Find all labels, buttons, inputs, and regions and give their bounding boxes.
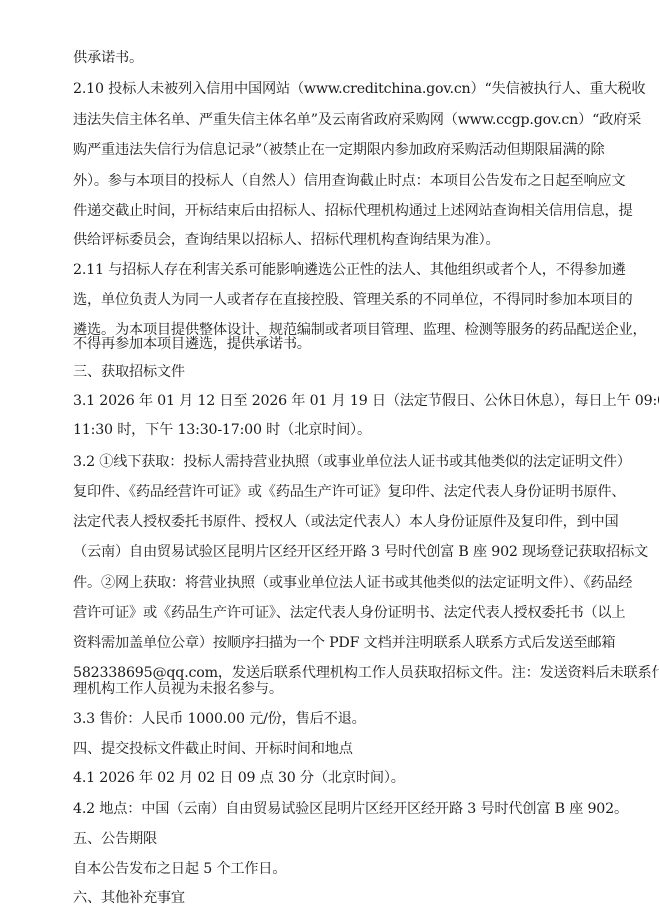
text-line: （云南）自由贸易试验区昆明片区经开区经开路 3 号时代创富 B 座 902 现场… xyxy=(73,543,593,561)
text-line: 2.10 投标人未被列入信用中国网站（www.creditchina.gov.c… xyxy=(73,80,593,98)
text-line: 件。②网上获取：将营业执照（或事业单位法人证书或其他类似的法定证明文件）、《药品… xyxy=(73,574,593,592)
section-heading: 五、公告期限 xyxy=(73,830,593,848)
text-line: 2.11 与招标人存在利害关系可能影响遴选公正性的法人、其他组织或者个人，不得参… xyxy=(73,261,593,279)
text-line: 3.2 ①线下获取：投标人需持营业执照（或事业单位法人证书或其他类似的法定证明文… xyxy=(73,453,593,471)
text-line: 复印件、《药品经营许可证》或《药品生产许可证》复印件、法定代表人身份证明书原件、 xyxy=(73,483,593,501)
text-line: 不得再参加本项目遴选，提供承诺书。 xyxy=(73,335,593,353)
text-line: 4.2 地点：中国（云南）自由贸易试验区昆明片区经开区经开路 3 号时代创富 B… xyxy=(73,800,593,818)
text-line: 3.3 售价：人民币 1000.00 元/份，售后不退。 xyxy=(73,710,593,728)
text-line: 供给评标委员会，查询结果以招标人、招标代理机构查询结果为准）。 xyxy=(73,231,593,249)
document-page: 供承诺书。 2.10 投标人未被列入信用中国网站（www.creditchina… xyxy=(0,0,659,922)
text-line: 购严重违法失信行为信息记录”（被禁止在一定期限内参加政府采购活动但期限届满的除 xyxy=(73,141,593,159)
text-line: 外）。参与本项目的投标人（自然人）信用查询截止时点：本项目公告发布之日起至响应文 xyxy=(73,172,593,190)
text-line: 自本公告发布之日起 5 个工作日。 xyxy=(73,860,593,878)
text-line: 违法失信主体名单、严重失信主体名单”及云南省政府采购网（www.ccgp.gov… xyxy=(73,111,593,129)
text-line: 选，单位负责人为同一人或者存在直接控股、管理关系的不同单位，不得同时参加本项目的 xyxy=(73,291,593,309)
section-heading: 三、获取招标文件 xyxy=(73,363,593,381)
text-line: 3.1 2026 年 01 月 12 日至 2026 年 01 月 19 日（法… xyxy=(73,392,593,410)
text-line: 营许可证》或《药品生产许可证》、法定代表人身份证明书、法定代表人授权委托书（以上 xyxy=(73,604,593,622)
text-line: 4.1 2026 年 02 月 02 日 09 点 30 分（北京时间）。 xyxy=(73,769,593,787)
text-line: 供承诺书。 xyxy=(73,49,593,67)
section-heading: 四、提交投标文件截止时间、开标时间和地点 xyxy=(73,740,593,758)
text-line: 资料需加盖单位公章）按顺序扫描为一个 PDF 文档并注明联系人联系方式后发送至邮… xyxy=(73,634,593,652)
text-line: 11:30 时，下午 13:30-17:00 时（北京时间）。 xyxy=(73,421,593,439)
text-line: 法定代表人授权委托书原件、授权人（或法定代表人）本人身份证原件及复印件，到中国 xyxy=(73,513,593,531)
text-line: 件递交截止时间，开标结束后由招标人、招标代理机构通过上述网站查询相关信用信息，提 xyxy=(73,202,593,220)
section-heading: 六、其他补充事宜 xyxy=(73,889,593,907)
text-line: 理机构工作人员视为未报名参与。 xyxy=(73,680,593,698)
